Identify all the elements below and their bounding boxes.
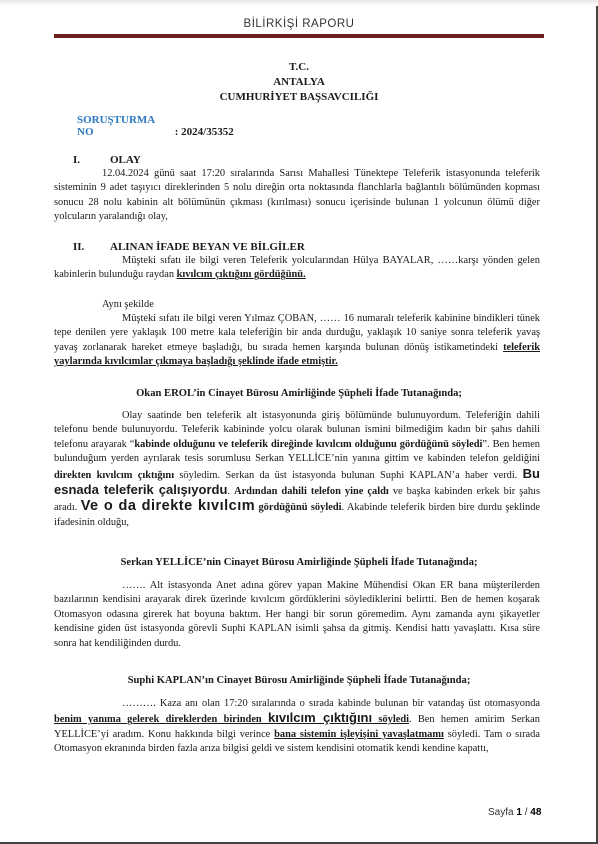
statement-heading-kaplan: Suphi KAPLAN’ın Cinayet Bürosu Amirliğin…: [0, 675, 598, 686]
statement-bayalar-emphasis: kıvılcım çıktığını gördüğünü.: [177, 269, 306, 280]
statement-coban-text: Müşteki sıfatı ile bilgi veren Yılmaz ÇO…: [54, 313, 540, 353]
authority-block: T.C. ANTALYA CUMHURİYET BAŞSAVCILIĞI: [0, 60, 598, 105]
header-divider: [54, 34, 544, 38]
text: ………. Kaza anı olan 17:20 sıralarında o s…: [122, 698, 540, 709]
section-1-text: 12.04.2024 günü saat 17:20 sıralarında S…: [54, 167, 540, 225]
emphasis: kabinde olduğunu ve teleferik direğinde …: [134, 439, 482, 450]
emphasis: Ardından dahili telefon yine çaldı: [234, 486, 389, 497]
page-top-shadow: [0, 0, 598, 6]
report-header-title: BİLİRKİŞİ RAPORU: [0, 18, 598, 30]
section-2-number: II.: [73, 241, 110, 253]
text: söyledim. Serkan da üst istasyonda bulun…: [174, 470, 523, 481]
emphasis: direkten kıvılcım çıktığını: [54, 470, 174, 481]
emphasis: söyledi: [372, 714, 409, 725]
emphasis-large: Ve o da direkte kıvılcım: [81, 498, 255, 514]
emphasis: bana sistemin işleyişini yavaşlatmamı: [274, 729, 444, 740]
emphasis-large: kıvılcım çıktığını: [268, 710, 372, 725]
statement-coban: Müşteki sıfatı ile bilgi veren Yılmaz ÇO…: [54, 312, 540, 370]
emphasis: gördüğünü söyledi: [258, 502, 341, 513]
statement-kaplan: ………. Kaza anı olan 17:20 sıralarında o s…: [54, 697, 540, 757]
section-1-title: OLAY: [110, 154, 141, 166]
statement-yellice: ……. Alt istasyonda Anet adına görev yapa…: [54, 579, 540, 651]
authority-line-city: ANTALYA: [0, 75, 598, 90]
authority-line-office: CUMHURİYET BAŞSAVCILIĞI: [0, 90, 598, 105]
statement-heading-erol: Okan EROL’in Cinayet Bürosu Amirliğinde …: [0, 388, 598, 399]
page-label: Sayfa: [488, 807, 516, 818]
section-2-heading: II.ALINAN İFADE BEYAN VE BİLGİLER: [73, 241, 305, 253]
statement-coban-intro: Aynı şekilde: [54, 298, 540, 312]
page-sep: /: [522, 807, 530, 818]
statement-erol: Olay saatinde ben teleferik alt istasyon…: [54, 409, 540, 530]
authority-line-tc: T.C.: [0, 60, 598, 75]
statement-heading-yellice: Serkan YELLİCE’nin Cinayet Bürosu Amirli…: [0, 557, 598, 568]
total-pages: 48: [530, 807, 541, 818]
document-page: BİLİRKİŞİ RAPORU T.C. ANTALYA CUMHURİYET…: [0, 0, 598, 844]
emphasis: benim yanıma gelerek direklerden birinde…: [54, 714, 268, 725]
section-2-title: ALINAN İFADE BEYAN VE BİLGİLER: [110, 241, 305, 253]
investigation-label: SORUŞTURMA NO: [77, 114, 172, 138]
page-number: Sayfa 1 / 48: [488, 807, 541, 818]
section-1-number: I.: [73, 154, 110, 166]
investigation-number: SORUŞTURMA NO : 2024/35352: [77, 114, 234, 138]
statement-bayalar: Müşteki sıfatı ile bilgi veren Teleferik…: [54, 254, 540, 283]
investigation-value: : 2024/35352: [175, 126, 234, 138]
section-1-heading: I.OLAY: [73, 154, 141, 166]
